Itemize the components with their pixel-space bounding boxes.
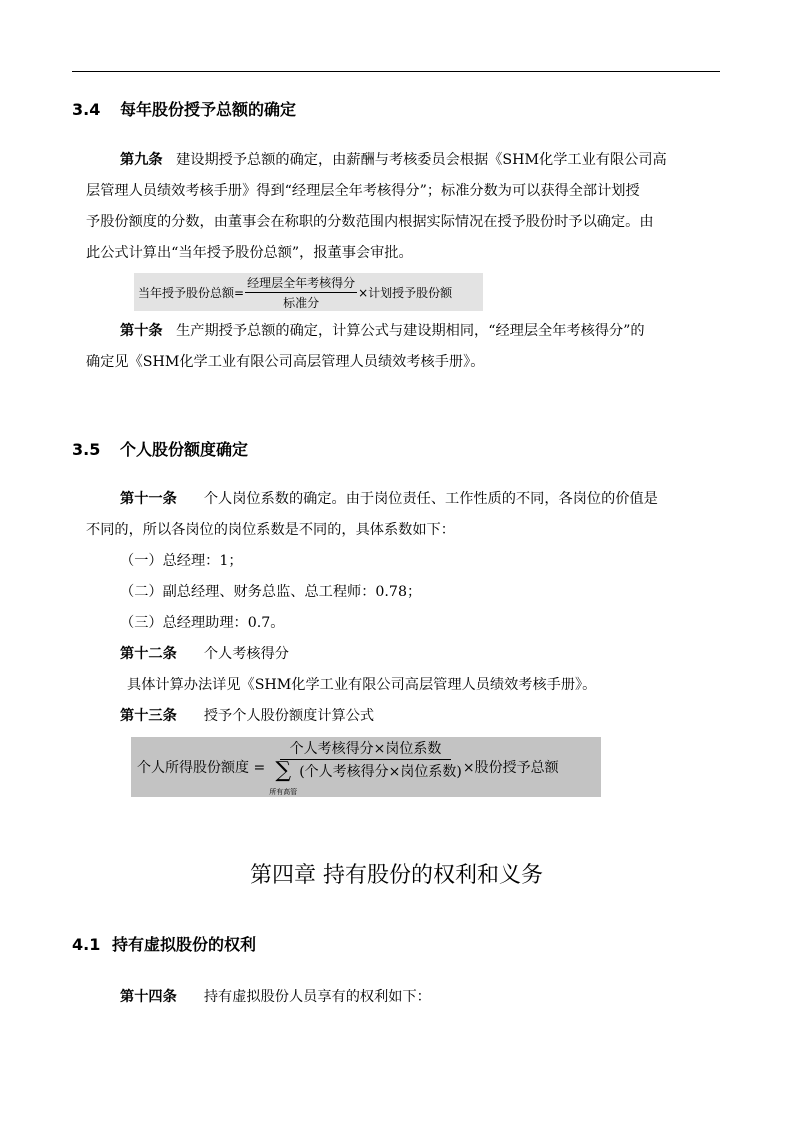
coefficient-item-1: （一）总经理：1；: [120, 546, 243, 577]
article-label: 第十条: [120, 323, 163, 339]
article-12-detail: 具体计算办法详见《SHM化学工业有限公司高层管理人员绩效考核手册》。: [127, 670, 596, 701]
formula-lhs: 个人所得股份额度 =: [137, 757, 265, 777]
coefficient-item-3: （三）总经理助理：0.7。: [120, 608, 284, 639]
paragraph-text: 个人岗位系数的确定。由于岗位责任、工作性质的不同，各岗位的价值是: [204, 491, 658, 507]
formula-rhs: ×计划授予股份额: [358, 284, 452, 301]
formula-fraction: 经理层全年考核得分 标准分: [245, 274, 357, 311]
article-9-line-3: 予股份额度的分数，由董事会在称职的分数范围内根据实际情况在授予股份时予以确定。由: [86, 207, 654, 238]
header-rule: [72, 71, 720, 72]
article-9-line-4: 此公式计算出“当年授予股份总额”，报董事会审批。: [86, 238, 413, 269]
paragraph-text: 建设期授予总额的确定，由薪酬与考核委员会根据《SHM化学工业有限公司高: [176, 152, 667, 168]
coefficient-item-2: （二）副总经理、财务总监、总工程师：0.78；: [120, 577, 421, 608]
formula-denominator: (个人考核得分×岗位系数): [299, 761, 462, 781]
article-11-line-1: 第十一条 个人岗位系数的确定。由于岗位责任、工作性质的不同，各岗位的价值是: [120, 484, 658, 515]
section-heading-3-4: 3.4每年股份授予总额的确定: [72, 97, 296, 120]
formula-numerator: 个人考核得分×岗位系数: [280, 738, 452, 760]
article-label: 第十二条: [120, 646, 177, 662]
article-label: 第九条: [120, 152, 163, 168]
formula-fraction: 个人考核得分×岗位系数 ∑ 所有高管 (个人考核得分×岗位系数): [269, 738, 462, 797]
sigma-glyph: ∑: [275, 761, 291, 781]
formula-individual-share: 个人所得股份额度 = 个人考核得分×岗位系数 ∑ 所有高管 (个人考核得分×岗位…: [131, 737, 601, 797]
article-9-line-2: 层管理人员绩效考核手册》得到“经理层全年考核得分”；标准分数为可以获得全部计划授: [86, 176, 640, 207]
section-heading-3-5: 3.5个人股份额度确定: [72, 437, 248, 460]
formula-annual-total: 当年授予股份总额= 经理层全年考核得分 标准分 ×计划授予股份额: [134, 273, 483, 311]
paragraph-text: 授予个人股份额度计算公式: [204, 708, 374, 724]
article-label: 第十三条: [120, 708, 177, 724]
formula-numerator: 经理层全年考核得分: [245, 274, 357, 293]
article-12: 第十二条 个人考核得分: [120, 639, 289, 670]
section-title: 持有虚拟股份的权利: [112, 935, 256, 954]
article-10-line-1: 第十条 生产期授予总额的确定，计算公式与建设期相同，“经理层全年考核得分”的: [120, 316, 645, 347]
formula-rhs: ×股份授予总额: [463, 757, 559, 777]
article-13: 第十三条 授予个人股份额度计算公式: [120, 701, 374, 732]
article-11-line-2: 不同的，所以各岗位的岗位系数是不同的，具体系数如下：: [86, 515, 455, 546]
paragraph-text: 生产期授予总额的确定，计算公式与建设期相同，“经理层全年考核得分”的: [176, 323, 645, 339]
section-title: 每年股份授予总额的确定: [120, 100, 296, 119]
article-10-line-2: 确定见《SHM化学工业有限公司高层管理人员绩效考核手册》。: [86, 347, 484, 378]
section-number: 3.5: [72, 440, 120, 459]
article-label: 第十一条: [120, 491, 177, 507]
section-heading-4-1: 4.1持有虚拟股份的权利: [72, 932, 256, 955]
section-title: 个人股份额度确定: [120, 440, 248, 459]
formula-denominator-group: ∑ 所有高管 (个人考核得分×岗位系数): [269, 760, 462, 797]
paragraph-text: 个人考核得分: [204, 646, 289, 662]
paragraph-text: 持有虚拟股份人员享有的权利如下：: [204, 989, 431, 1005]
section-number: 3.4: [72, 100, 120, 119]
article-9-line-1: 第九条 建设期授予总额的确定，由薪酬与考核委员会根据《SHM化学工业有限公司高: [120, 145, 667, 176]
article-label: 第十四条: [120, 989, 177, 1005]
formula-denominator: 标准分: [283, 293, 319, 311]
article-14: 第十四条 持有虚拟股份人员享有的权利如下：: [120, 982, 431, 1013]
section-number: 4.1: [72, 935, 112, 954]
chapter-title: 第四章 持有股份的权利和义务: [0, 858, 793, 889]
sigma-symbol: ∑ 所有高管: [269, 761, 297, 797]
sigma-subscript: 所有高管: [269, 787, 297, 797]
formula-lhs: 当年授予股份总额=: [138, 284, 244, 301]
